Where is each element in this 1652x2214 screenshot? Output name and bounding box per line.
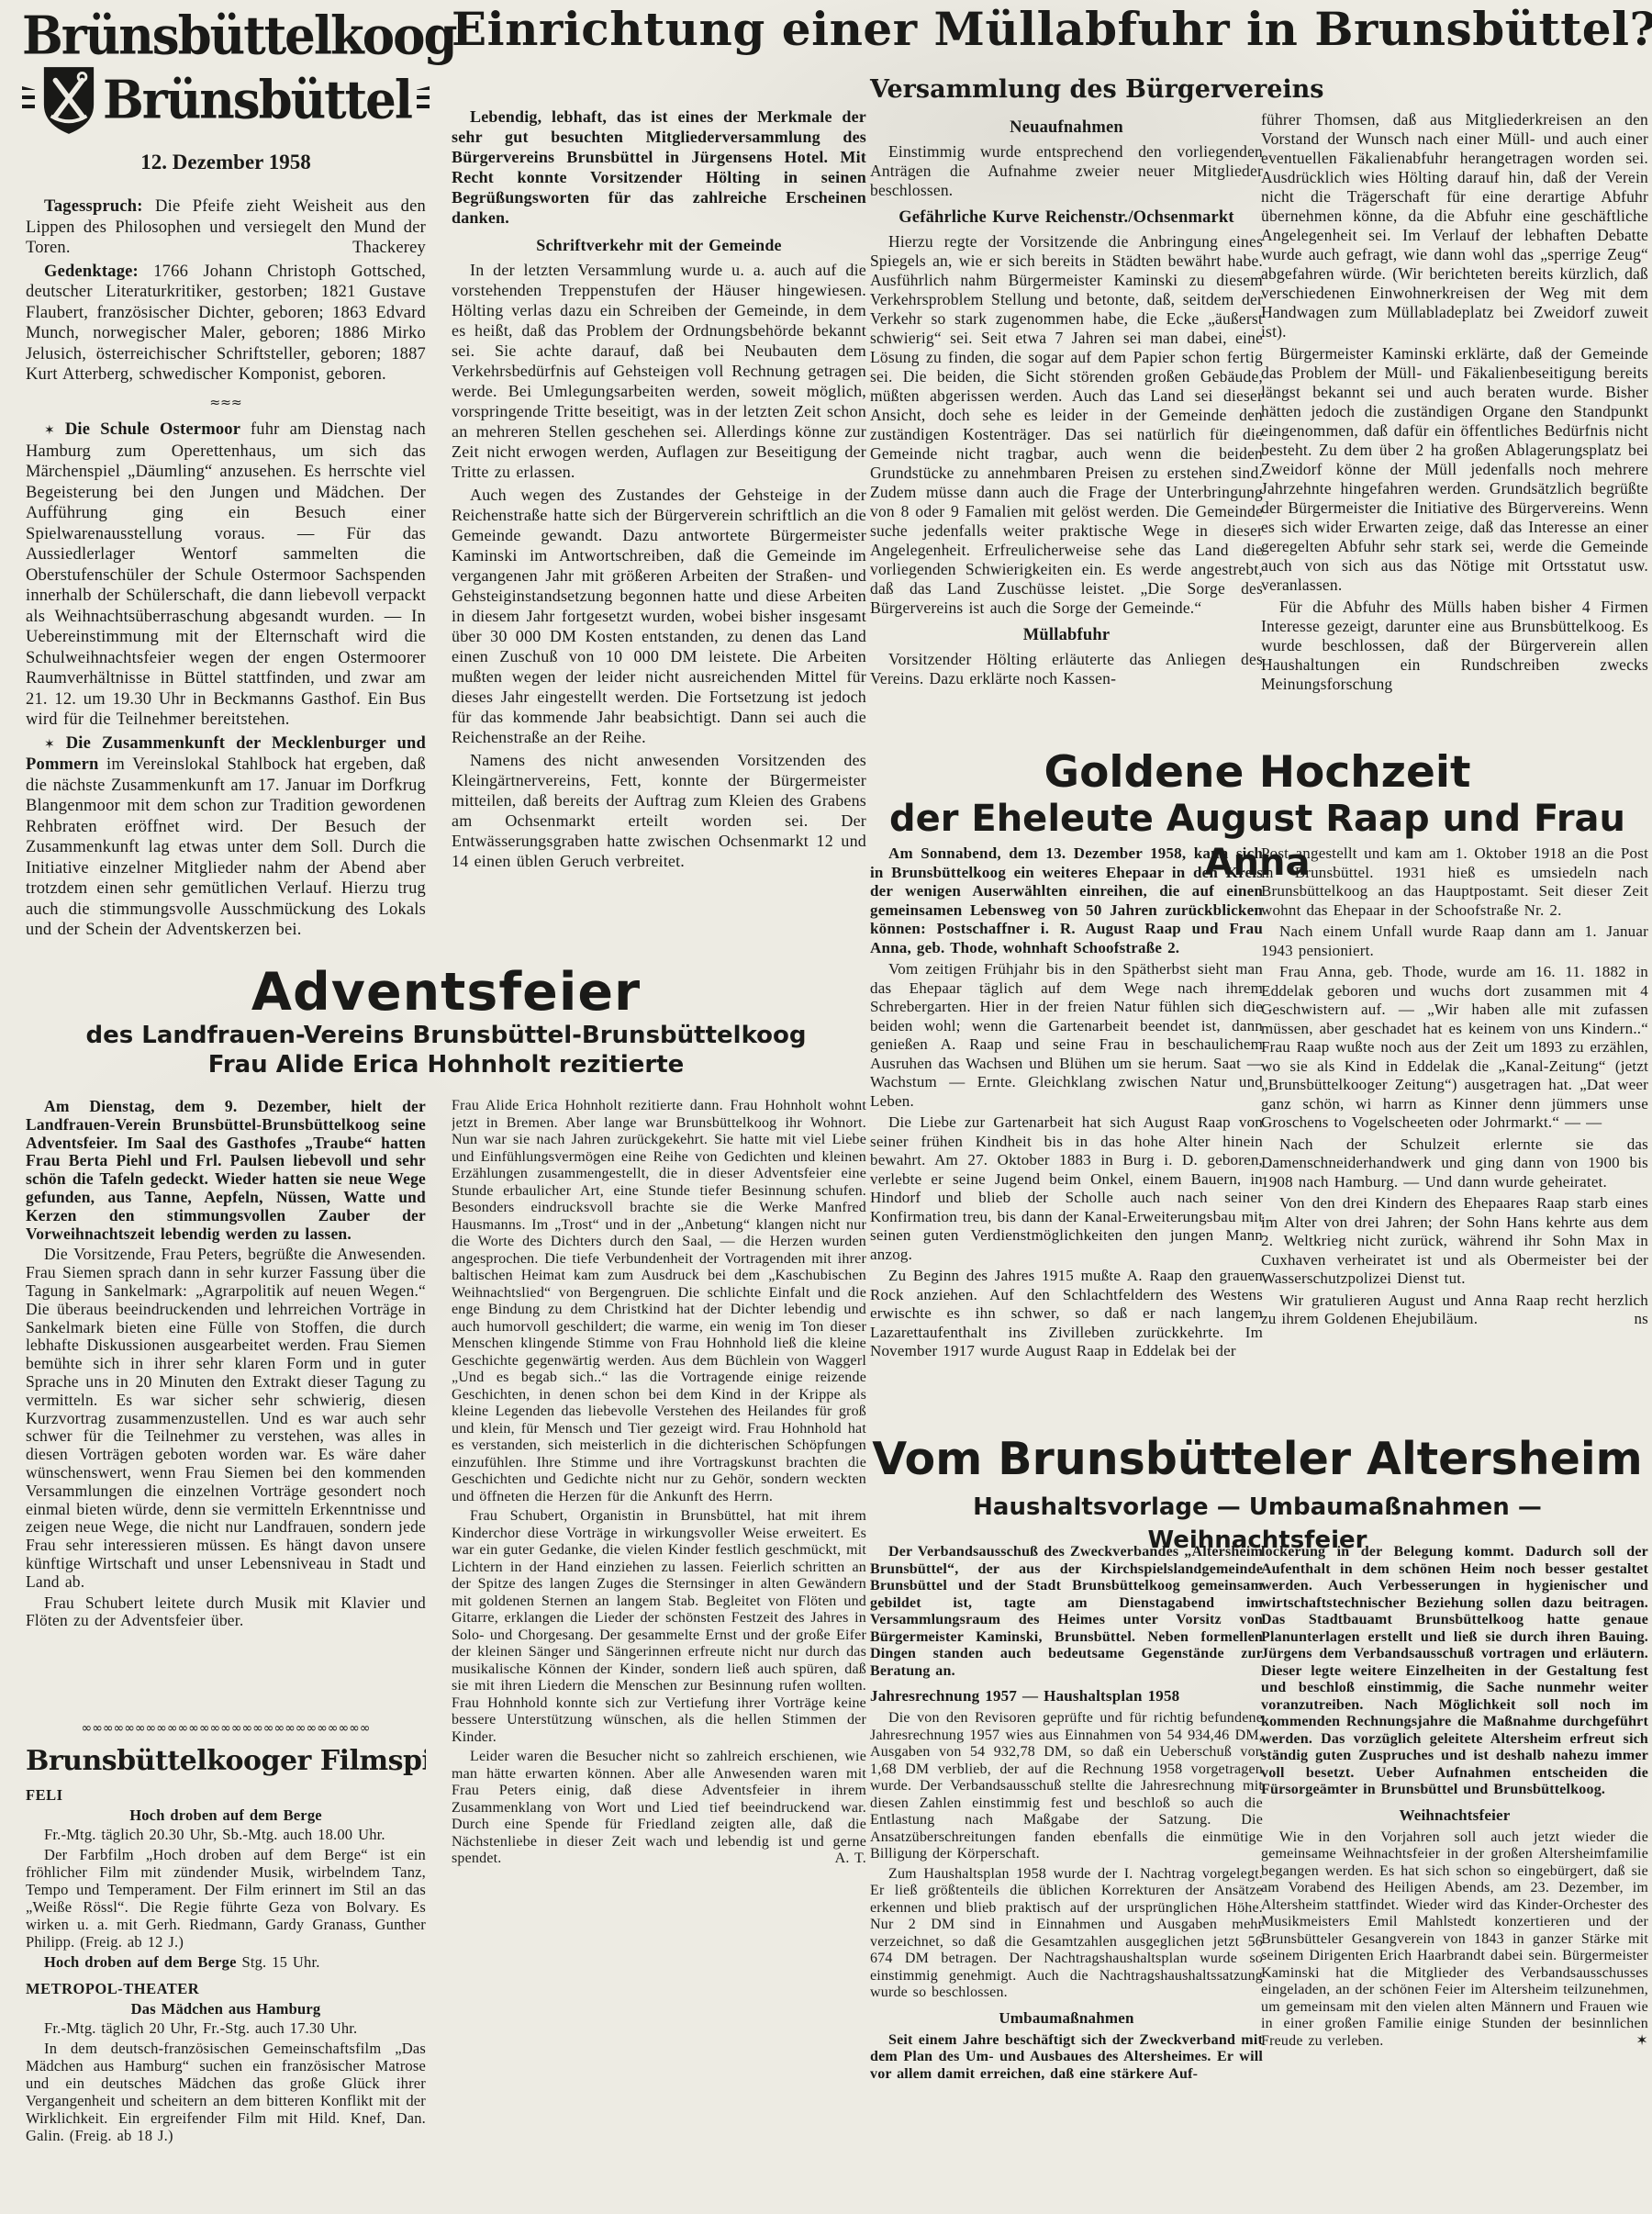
star-icon: ✶ <box>44 737 55 752</box>
paragraph: Neuaufnahmen <box>870 117 1263 138</box>
paragraph: Gedenktage: 1766 Johann Christoph Gottsc… <box>26 262 426 386</box>
paragraph: Am Dienstag, dem 9. Dezember, hielt der … <box>26 1098 426 1243</box>
adventsfeier-column-1: Am Dienstag, dem 9. Dezember, hielt der … <box>26 1098 426 1718</box>
paragraph: Nach der Schulzeit erlernte sie das Dame… <box>1261 1135 1648 1192</box>
paragraph: Vorsitzender Hölting erläuterte das Anli… <box>870 650 1263 688</box>
star-icon: ✶ <box>44 423 55 438</box>
paragraph: Die Liebe zur Gartenarbeit hat sich Augu… <box>870 1113 1263 1264</box>
paragraph: führer Thomsen, daß aus Mitgliederkreise… <box>1261 110 1648 341</box>
paragraph: Namens des nicht anwesenden Vorsitzenden… <box>452 750 866 871</box>
paragraph: Zu Beginn des Jahres 1915 mußte A. Raap … <box>870 1267 1263 1361</box>
paragraph: FELI <box>26 1786 426 1804</box>
paragraph: Hierzu regte der Vorsitzende die Anbring… <box>870 232 1263 618</box>
paragraph: Am Sonnabend, dem 13. Dezember 1958, kan… <box>870 844 1263 957</box>
main-headline: Einrichtung einer Müllabfuhr in Brunsbüt… <box>452 2 1648 56</box>
paragraph: Wie in den Vorjahren soll auch jetzt wie… <box>1261 1829 1648 2051</box>
bold-lead-text: Die Zusammenkunft der Mecklenburger und … <box>26 734 426 775</box>
goldene-hochzeit-column-1: Am Sonnabend, dem 13. Dezember 1958, kan… <box>870 844 1263 1437</box>
masthead-title-row: Brünsbüttel <box>22 64 430 136</box>
paragraph: Das Mädchen aus Hamburg <box>26 2000 426 2018</box>
wave-divider-icon: ≈≈≈ <box>209 396 241 410</box>
issue-date: 12. Dezember 1958 <box>22 151 430 174</box>
paragraph: Für die Abfuhr des Mülls haben bisher 4 … <box>1261 598 1648 694</box>
paragraph: Fr.-Mtg. täglich 20.30 Uhr, Sb.-Mtg. auc… <box>26 1826 426 1843</box>
adventsfeier-column-2: Frau Alide Erica Hohnholt rezitierte dan… <box>452 1098 866 2210</box>
bold-lead-text: Tagesspruch: <box>44 197 155 216</box>
bold-lead-text: Hoch droben auf dem Berge <box>44 1953 241 1971</box>
paragraph: Umbaumaßnahmen <box>870 2009 1263 2028</box>
altersheim-column-2: lockerung in der Belegung kommt. Dadurch… <box>1261 1544 1648 2210</box>
paragraph: Der Farbfilm „Hoch droben auf dem Berge“… <box>26 1846 426 1951</box>
paragraph: METROPOL-THEATER <box>26 1980 426 1997</box>
muellabfuhr-column-2: NeuaufnahmenEinstimmig wurde entsprechen… <box>870 110 1263 744</box>
masthead: Brünsbüttelkoog Brünsbüttel 12. Dezember… <box>22 9 430 174</box>
paragraph: ✶ Die Zusammenkunft der Mecklenburger un… <box>26 733 426 941</box>
paragraph: Die Vorsitzende, Frau Peters, begrüßte d… <box>26 1246 426 1591</box>
paragraph: In der letzten Versammlung wurde u. a. a… <box>452 260 866 482</box>
altersheim-headline: Vom Brunsbütteler Altersheim <box>866 1434 1648 1485</box>
coat-of-arms <box>40 64 97 136</box>
local-notes-column: Tagesspruch: Die Pfeife zieht Weisheit a… <box>26 196 426 973</box>
filmspiegel-listings: FELIHoch droben auf dem BergeFr.-Mtg. tä… <box>26 1786 426 2144</box>
rope-divider-icon: ∞∞∞∞∞∞∞∞∞∞∞∞∞∞∞∞∞∞∞∞∞∞∞∞∞∞∞ <box>82 1721 371 1736</box>
goldene-hochzeit-column-2: Post angestellt und kam am 1. Oktober 19… <box>1261 844 1648 1437</box>
paragraph: Gefährliche Kurve Reichenstr./Ochsenmark… <box>870 207 1263 228</box>
paragraph: Jahresrechnung 1957 — Haushaltsplan 1958 <box>870 1687 1263 1705</box>
paragraph: Post angestellt und kam am 1. Oktober 19… <box>1261 844 1648 920</box>
paragraph: Frau Anna, geb. Thode, wurde am 16. 11. … <box>1261 963 1648 1133</box>
paragraph: Leider waren die Besucher nicht so zahlr… <box>452 1749 866 1868</box>
masthead-title-line2: Brünsbüttel <box>103 73 411 128</box>
paragraph: Tagesspruch: Die Pfeife zieht Weisheit a… <box>26 196 426 259</box>
rope-divider-icon: ∞∞∞∞∞∞∞∞∞∞∞∞∞∞∞∞∞∞∞∞∞∞∞∞∞∞∞ <box>26 1718 426 1738</box>
paragraph: In dem deutsch-französischen Gemeinschaf… <box>26 2040 426 2144</box>
paragraph: Einstimmig wurde entsprechend den vorlie… <box>870 142 1263 200</box>
paragraph: lockerung in der Belegung kommt. Dadurch… <box>1261 1544 1648 1799</box>
filmspiegel-section: ∞∞∞∞∞∞∞∞∞∞∞∞∞∞∞∞∞∞∞∞∞∞∞∞∞∞∞ Brunsbüttelk… <box>26 1718 426 2212</box>
paragraph: Hoch droben auf dem Berge <box>26 1806 426 1824</box>
paragraph: Lebendig, lebhaft, das ist eines der Mer… <box>452 106 866 228</box>
bold-lead-text: Gedenktage: <box>44 263 153 281</box>
adventsfeier-subheadline-1: des Landfrauen-Vereins Brunsbüttel-Bruns… <box>26 1021 866 1050</box>
paragraph: Fr.-Mtg. täglich 20 Uhr, Fr.-Stg. auch 1… <box>26 2019 426 2037</box>
paragraph: Seit einem Jahre beschäftigt sich der Zw… <box>870 2032 1263 2084</box>
signature: ✶ <box>1635 2033 1648 2051</box>
paragraph: Weihnachtsfeier <box>1261 1806 1648 1825</box>
paragraph: Der Verbandsausschuß des Zweckverbandes … <box>870 1544 1263 1680</box>
filmspiegel-headline: Brunsbüttelkooger Filmspiegel <box>26 1745 426 1777</box>
paragraph: Müllabfuhr <box>870 625 1263 645</box>
divider: ≈≈≈ <box>26 392 426 414</box>
bold-lead-text: Die Schule Ostermoor <box>65 420 251 439</box>
flourish-right-icon <box>417 86 430 114</box>
goldene-hochzeit-headline-line1: Goldene Hochzeit <box>866 749 1648 797</box>
paragraph: Frau Alide Erica Hohnholt rezitierte dan… <box>452 1098 866 1505</box>
adventsfeier-subheadline-2: Frau Alide Erica Hohnholt rezitierte <box>26 1050 866 1079</box>
paragraph: Frau Schubert leitete durch Musik mit Kl… <box>26 1594 426 1631</box>
paragraph: Nach einem Unfall wurde Raap dann am 1. … <box>1261 922 1648 960</box>
paragraph: Die von den Revisoren geprüfte und für r… <box>870 1710 1263 1863</box>
altersheim-column-1: Der Verbandsausschuß des Zweckverbandes … <box>870 1544 1263 2210</box>
paragraph: Zum Haushaltsplan 1958 wurde der I. Nach… <box>870 1866 1263 2002</box>
muellabfuhr-column-1: Lebendig, lebhaft, das ist eines der Mer… <box>452 106 866 967</box>
buergerverein-subheadline: Versammlung des Bürgervereins <box>870 75 1263 104</box>
signature: A. T. <box>835 1851 866 1868</box>
muellabfuhr-column-3: führer Thomsen, daß aus Mitgliederkreise… <box>1261 110 1648 744</box>
paragraph: Wir gratulieren August und Anna Raap rec… <box>1261 1291 1648 1329</box>
masthead-title-line1: Brünsbüttelkoog <box>22 7 430 65</box>
paragraph: Von den drei Kindern des Ehepaares Raap … <box>1261 1194 1648 1289</box>
adventsfeier-headline: Adventsfeier <box>26 964 866 1021</box>
signature: ns <box>1634 1310 1648 1329</box>
altersheim-header: Vom Brunsbütteler Altersheim Haushaltsvo… <box>866 1434 1648 1557</box>
newspaper-page: Brünsbüttelkoog Brünsbüttel 12. Dezember… <box>0 0 1652 2214</box>
paragraph: Vom zeitigen Frühjahr bis in den Späther… <box>870 960 1263 1111</box>
paragraph: Auch wegen des Zustandes der Gehsteige i… <box>452 485 866 747</box>
flourish-left-icon <box>22 86 35 114</box>
paragraph: ✶ Die Schule Ostermoor fuhr am Dienstag … <box>26 419 426 731</box>
signature: Thackerey <box>352 238 426 259</box>
paragraph: Hoch droben auf dem Berge Stg. 15 Uhr. <box>26 1953 426 1971</box>
adventsfeier-header: Adventsfeier des Landfrauen-Vereins Brun… <box>26 964 866 1079</box>
paragraph: Bürgermeister Kaminski erklärte, daß der… <box>1261 344 1648 595</box>
paragraph: Frau Schubert, Organistin in Brunsbüttel… <box>452 1508 866 1746</box>
paragraph: Schriftverkehr mit der Gemeinde <box>452 235 866 255</box>
